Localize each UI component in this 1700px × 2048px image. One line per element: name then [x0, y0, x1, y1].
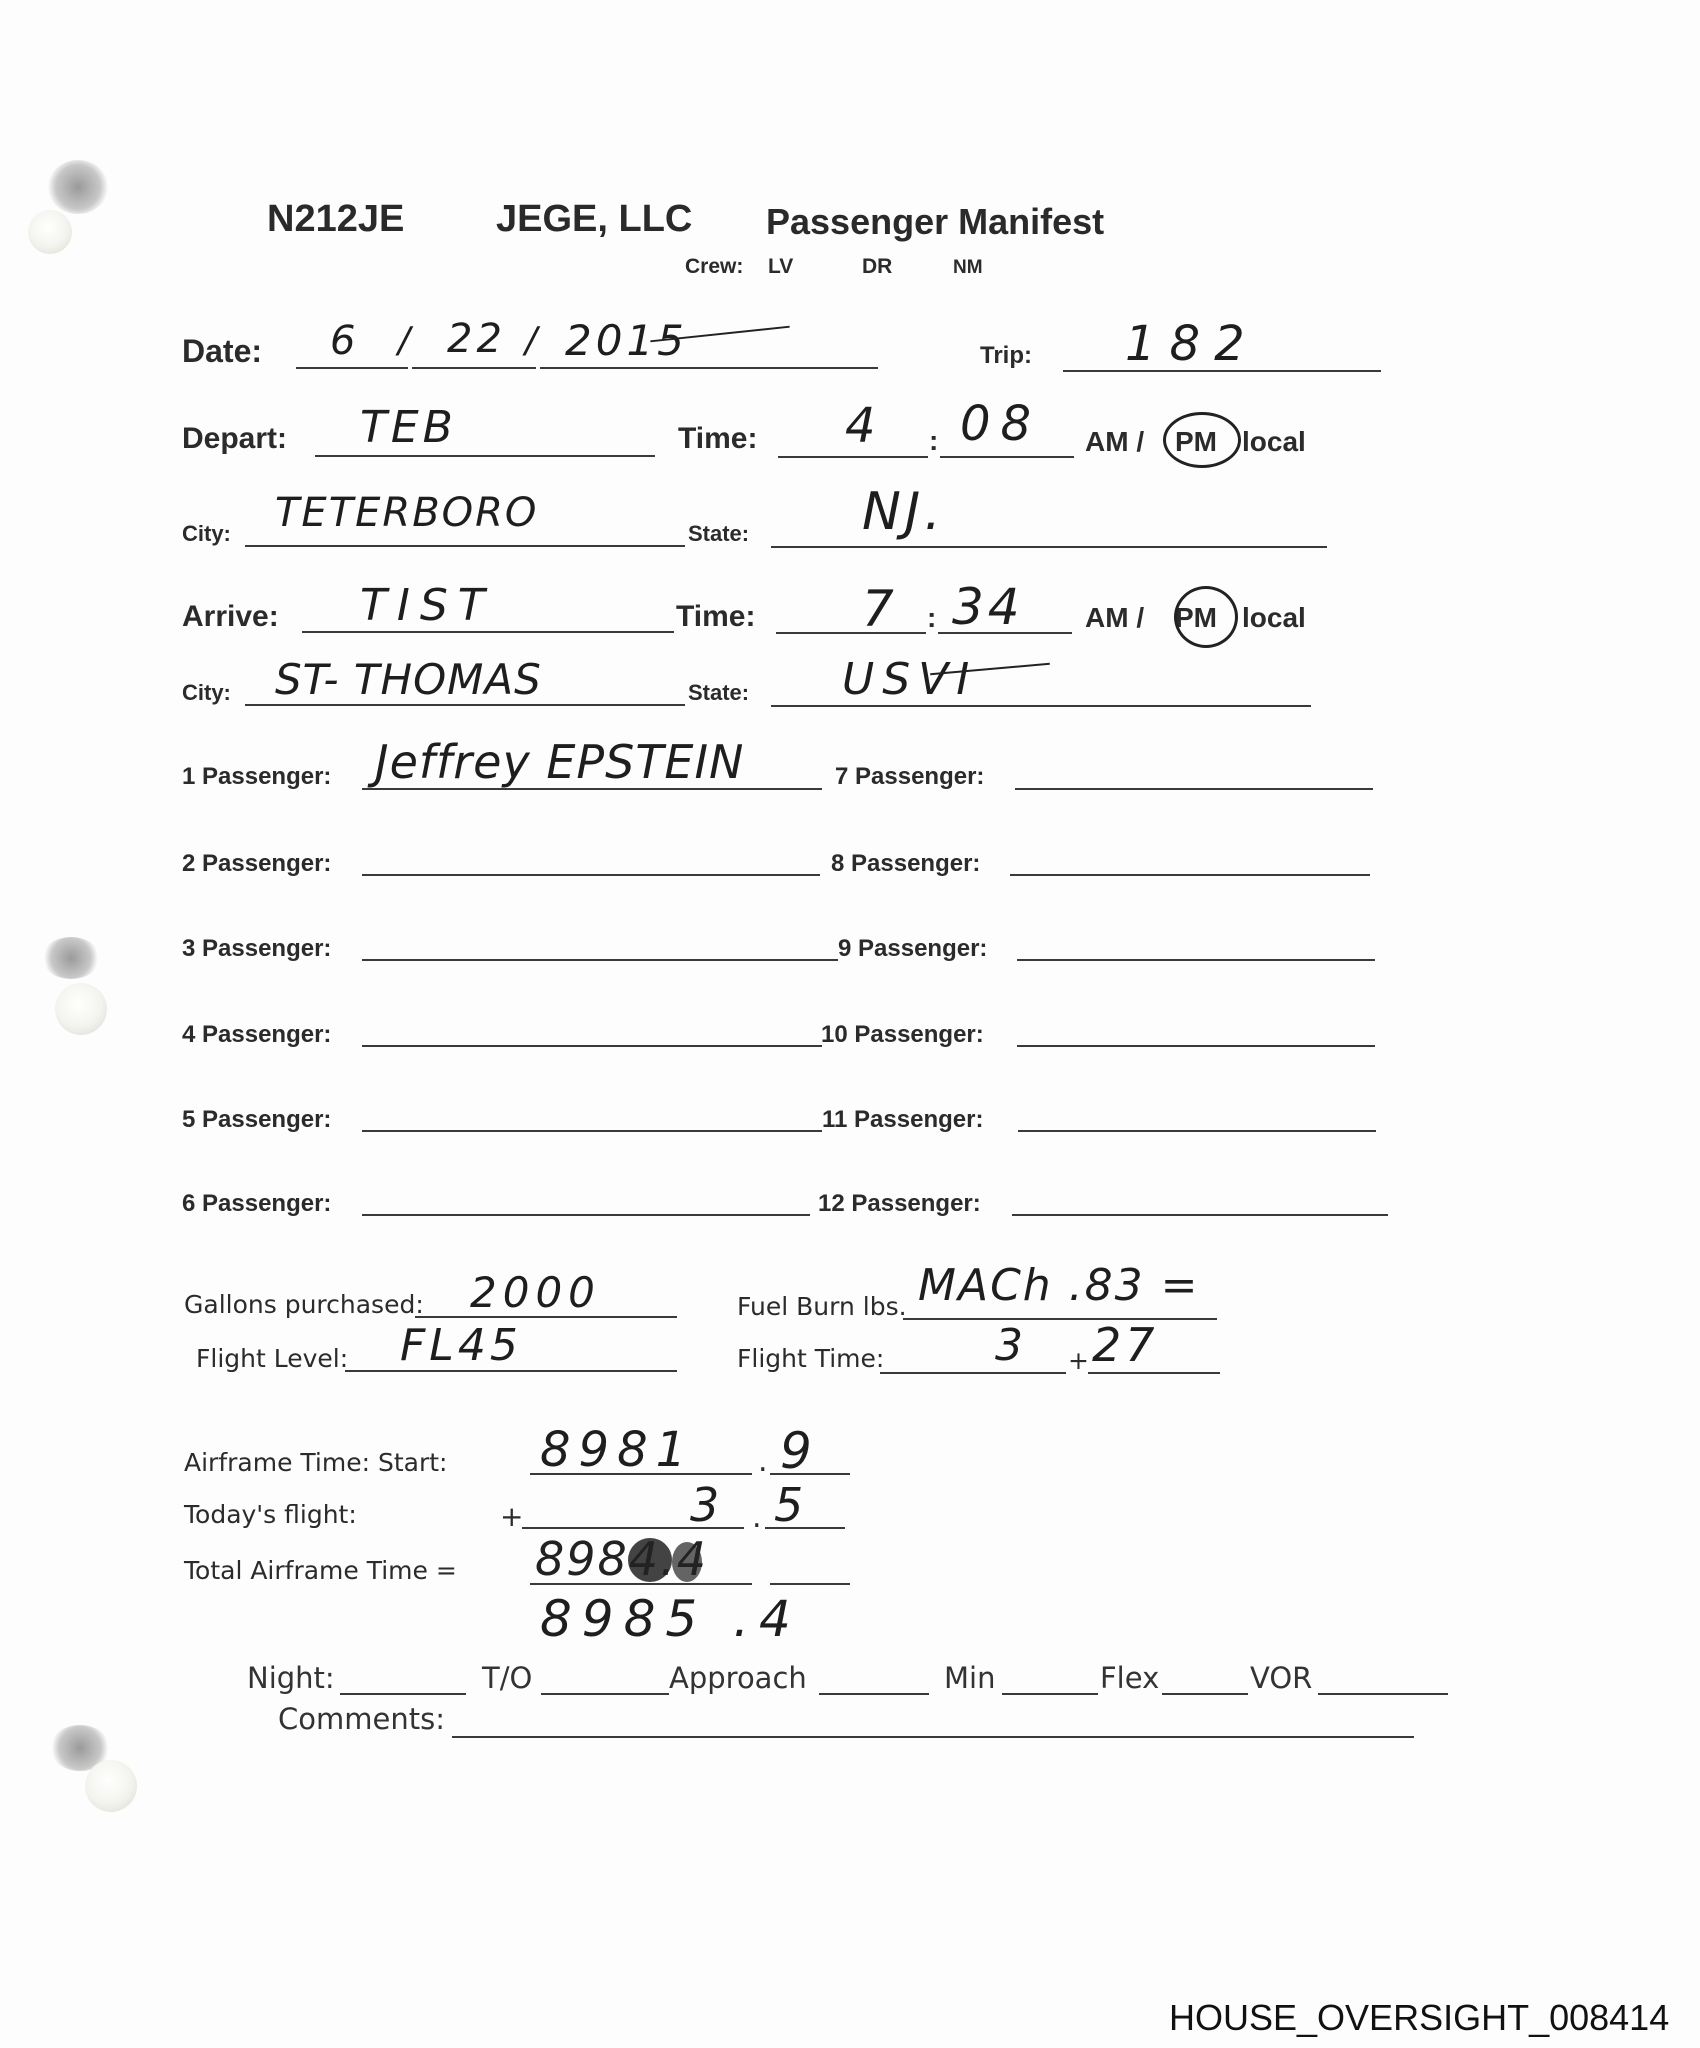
- passenger-3-line[interactable]: [362, 959, 838, 961]
- depart-state-field[interactable]: NJ.: [862, 482, 945, 542]
- vor-line[interactable]: [1318, 1693, 1448, 1695]
- depart-label: Depart:: [182, 422, 287, 456]
- arrive-label: Arrive:: [182, 600, 279, 634]
- depart-hour-field[interactable]: 4: [845, 398, 880, 454]
- approach-line[interactable]: [819, 1693, 929, 1695]
- flight-time-hours-line: [880, 1372, 1066, 1374]
- arrive-city-label: City:: [182, 680, 231, 706]
- passenger-6-line[interactable]: [362, 1214, 810, 1216]
- bates-stamp: HOUSE_OVERSIGHT_008414: [1169, 1997, 1669, 2039]
- passenger-7-line[interactable]: [1015, 788, 1373, 790]
- arrive-time-label: Time:: [676, 600, 755, 634]
- passenger-12-line[interactable]: [1012, 1214, 1388, 1216]
- passenger-1-label: 1 Passenger:: [182, 763, 331, 791]
- passenger-10-line[interactable]: [1017, 1045, 1375, 1047]
- date-sep-2: /: [525, 320, 541, 361]
- passenger-6-label: 6 Passenger:: [182, 1190, 331, 1218]
- depart-hour-line: [778, 456, 928, 458]
- flex-line[interactable]: [1162, 1693, 1248, 1695]
- crew-label: Crew:: [685, 255, 743, 279]
- arrive-city-line: [245, 704, 685, 706]
- arrive-pm-selected-circle: [1174, 586, 1238, 648]
- depart-am-label: AM /: [1085, 426, 1144, 458]
- flight-time-minutes-field[interactable]: 27: [1092, 1318, 1159, 1372]
- todays-flight-plus: +: [500, 1500, 523, 1533]
- night-label: Night:: [247, 1661, 335, 1695]
- passenger-1-field[interactable]: Jeffrey EPSTEIN: [375, 735, 744, 789]
- page-title: Passenger Manifest: [766, 201, 1104, 243]
- arrive-state-line: [771, 705, 1311, 707]
- flight-level-field[interactable]: FL45: [400, 1320, 522, 1371]
- min-label: Min: [944, 1661, 995, 1695]
- airframe-start-dot: .: [758, 1444, 768, 1479]
- flight-level-label: Flight Level:: [196, 1344, 348, 1373]
- arrive-city-field[interactable]: ST- THOMAS: [275, 655, 542, 704]
- passenger-10-label: 10 Passenger:: [821, 1021, 984, 1049]
- comments-line[interactable]: [452, 1736, 1414, 1738]
- crew-member-3: NM: [953, 257, 983, 279]
- passenger-3-label: 3 Passenger:: [182, 935, 331, 963]
- total-airframe-label: Total Airframe Time =: [184, 1556, 457, 1585]
- depart-minute-line: [940, 456, 1074, 458]
- passenger-5-label: 5 Passenger:: [182, 1106, 331, 1134]
- passenger-5-line[interactable]: [362, 1130, 822, 1132]
- todays-flight-whole-field[interactable]: 3: [690, 1478, 723, 1532]
- hole-punch-3: [85, 1760, 137, 1812]
- date-month-field[interactable]: 6: [330, 318, 359, 364]
- gallons-purchased-label: Gallons purchased:: [184, 1290, 424, 1319]
- date-sep-1: /: [398, 320, 414, 361]
- company-name: JEGE, LLC: [496, 198, 692, 241]
- todays-flight-tenths-field[interactable]: 5: [774, 1478, 807, 1532]
- depart-airport-field[interactable]: TEB: [360, 402, 457, 453]
- passenger-8-line[interactable]: [1010, 874, 1370, 876]
- arrive-state-label: State:: [688, 680, 749, 706]
- arrive-airport-field[interactable]: TIST: [360, 580, 495, 631]
- passenger-9-label: 9 Passenger:: [838, 935, 987, 963]
- vor-label: VOR: [1250, 1661, 1312, 1695]
- arrive-state-field[interactable]: USVI: [842, 654, 977, 705]
- depart-city-line: [245, 545, 685, 547]
- fuel-burn-label: Fuel Burn lbs.: [737, 1292, 907, 1321]
- date-year-field[interactable]: 2015: [565, 316, 688, 365]
- depart-state-line: [771, 546, 1327, 548]
- date-day-line: [412, 367, 536, 369]
- flight-time-minutes-line: [1088, 1372, 1220, 1374]
- manifest-page: N212JE JEGE, LLC Passenger Manifest Crew…: [0, 0, 1700, 2048]
- min-line[interactable]: [1002, 1693, 1098, 1695]
- fuel-burn-field[interactable]: MACh .83 =: [918, 1260, 1200, 1311]
- arrive-line: [302, 631, 674, 633]
- date-month-line: [296, 367, 408, 369]
- arrive-hour-field[interactable]: 7: [862, 580, 898, 638]
- total-airframe-scribble-2: [672, 1542, 702, 1582]
- passenger-12-label: 12 Passenger:: [818, 1190, 981, 1218]
- passenger-7-label: 7 Passenger:: [835, 763, 984, 791]
- takeoff-label: T/O: [482, 1661, 532, 1695]
- passenger-11-label: 11 Passenger:: [822, 1106, 983, 1134]
- depart-local-label: local: [1242, 426, 1306, 458]
- arrive-colon: :: [927, 602, 936, 634]
- fuel-burn-line: [903, 1318, 1217, 1320]
- flight-time-label: Flight Time:: [737, 1344, 884, 1373]
- passenger-4-line[interactable]: [362, 1045, 822, 1047]
- passenger-2-line[interactable]: [362, 874, 820, 876]
- crew-member-1: LV: [768, 255, 793, 279]
- passenger-9-line[interactable]: [1017, 959, 1375, 961]
- flight-time-hours-field[interactable]: 3: [995, 1320, 1027, 1371]
- gallons-field[interactable]: 2000: [470, 1268, 601, 1317]
- hole-punch-1: [28, 210, 72, 254]
- trip-label: Trip:: [980, 342, 1032, 370]
- arrive-am-label: AM /: [1085, 602, 1144, 634]
- total-airframe-corrected-value[interactable]: 8985 .4: [540, 1590, 801, 1648]
- date-year-line: [540, 367, 878, 369]
- comments-label: Comments:: [278, 1702, 445, 1736]
- todays-flight-dot: .: [752, 1500, 762, 1535]
- passenger-11-line[interactable]: [1018, 1130, 1376, 1132]
- takeoff-line[interactable]: [541, 1693, 669, 1695]
- airframe-start-whole-field[interactable]: 8981: [540, 1422, 694, 1478]
- approach-label: Approach: [669, 1661, 807, 1695]
- passenger-2-label: 2 Passenger:: [182, 850, 331, 878]
- flex-label: Flex: [1100, 1661, 1159, 1695]
- depart-minute-field[interactable]: 08: [960, 396, 1041, 452]
- date-label: Date:: [182, 333, 262, 370]
- night-line[interactable]: [340, 1693, 466, 1695]
- depart-colon: :: [929, 425, 938, 457]
- depart-pm-selected-circle: [1163, 412, 1241, 468]
- airframe-start-label: Airframe Time: Start:: [184, 1448, 447, 1477]
- todays-flight-label: Today's flight:: [184, 1500, 357, 1529]
- total-airframe-scribble: [628, 1538, 672, 1582]
- crew-member-2: DR: [862, 255, 892, 279]
- passenger-8-label: 8 Passenger:: [831, 850, 980, 878]
- arrive-hour-line: [776, 632, 926, 634]
- trip-number-field[interactable]: 182: [1125, 316, 1259, 372]
- depart-city-label: City:: [182, 521, 231, 547]
- hole-punch-shadow-1: [48, 160, 108, 214]
- passenger-4-label: 4 Passenger:: [182, 1021, 331, 1049]
- depart-line: [315, 455, 655, 457]
- arrive-local-label: local: [1242, 602, 1306, 634]
- depart-time-label: Time:: [678, 422, 757, 456]
- flight-time-plus: +: [1068, 1346, 1089, 1375]
- depart-state-label: State:: [688, 521, 749, 547]
- airframe-start-tenths-field[interactable]: 9: [780, 1422, 816, 1480]
- date-day-field[interactable]: 22: [447, 316, 506, 362]
- tail-number: N212JE: [267, 198, 404, 241]
- depart-city-field[interactable]: TETERBORO: [275, 490, 538, 536]
- hole-punch-2: [55, 983, 107, 1035]
- arrive-minute-field[interactable]: 34: [952, 578, 1024, 636]
- hole-punch-shadow-2: [42, 937, 100, 979]
- total-airframe-tenths-line: [770, 1583, 850, 1585]
